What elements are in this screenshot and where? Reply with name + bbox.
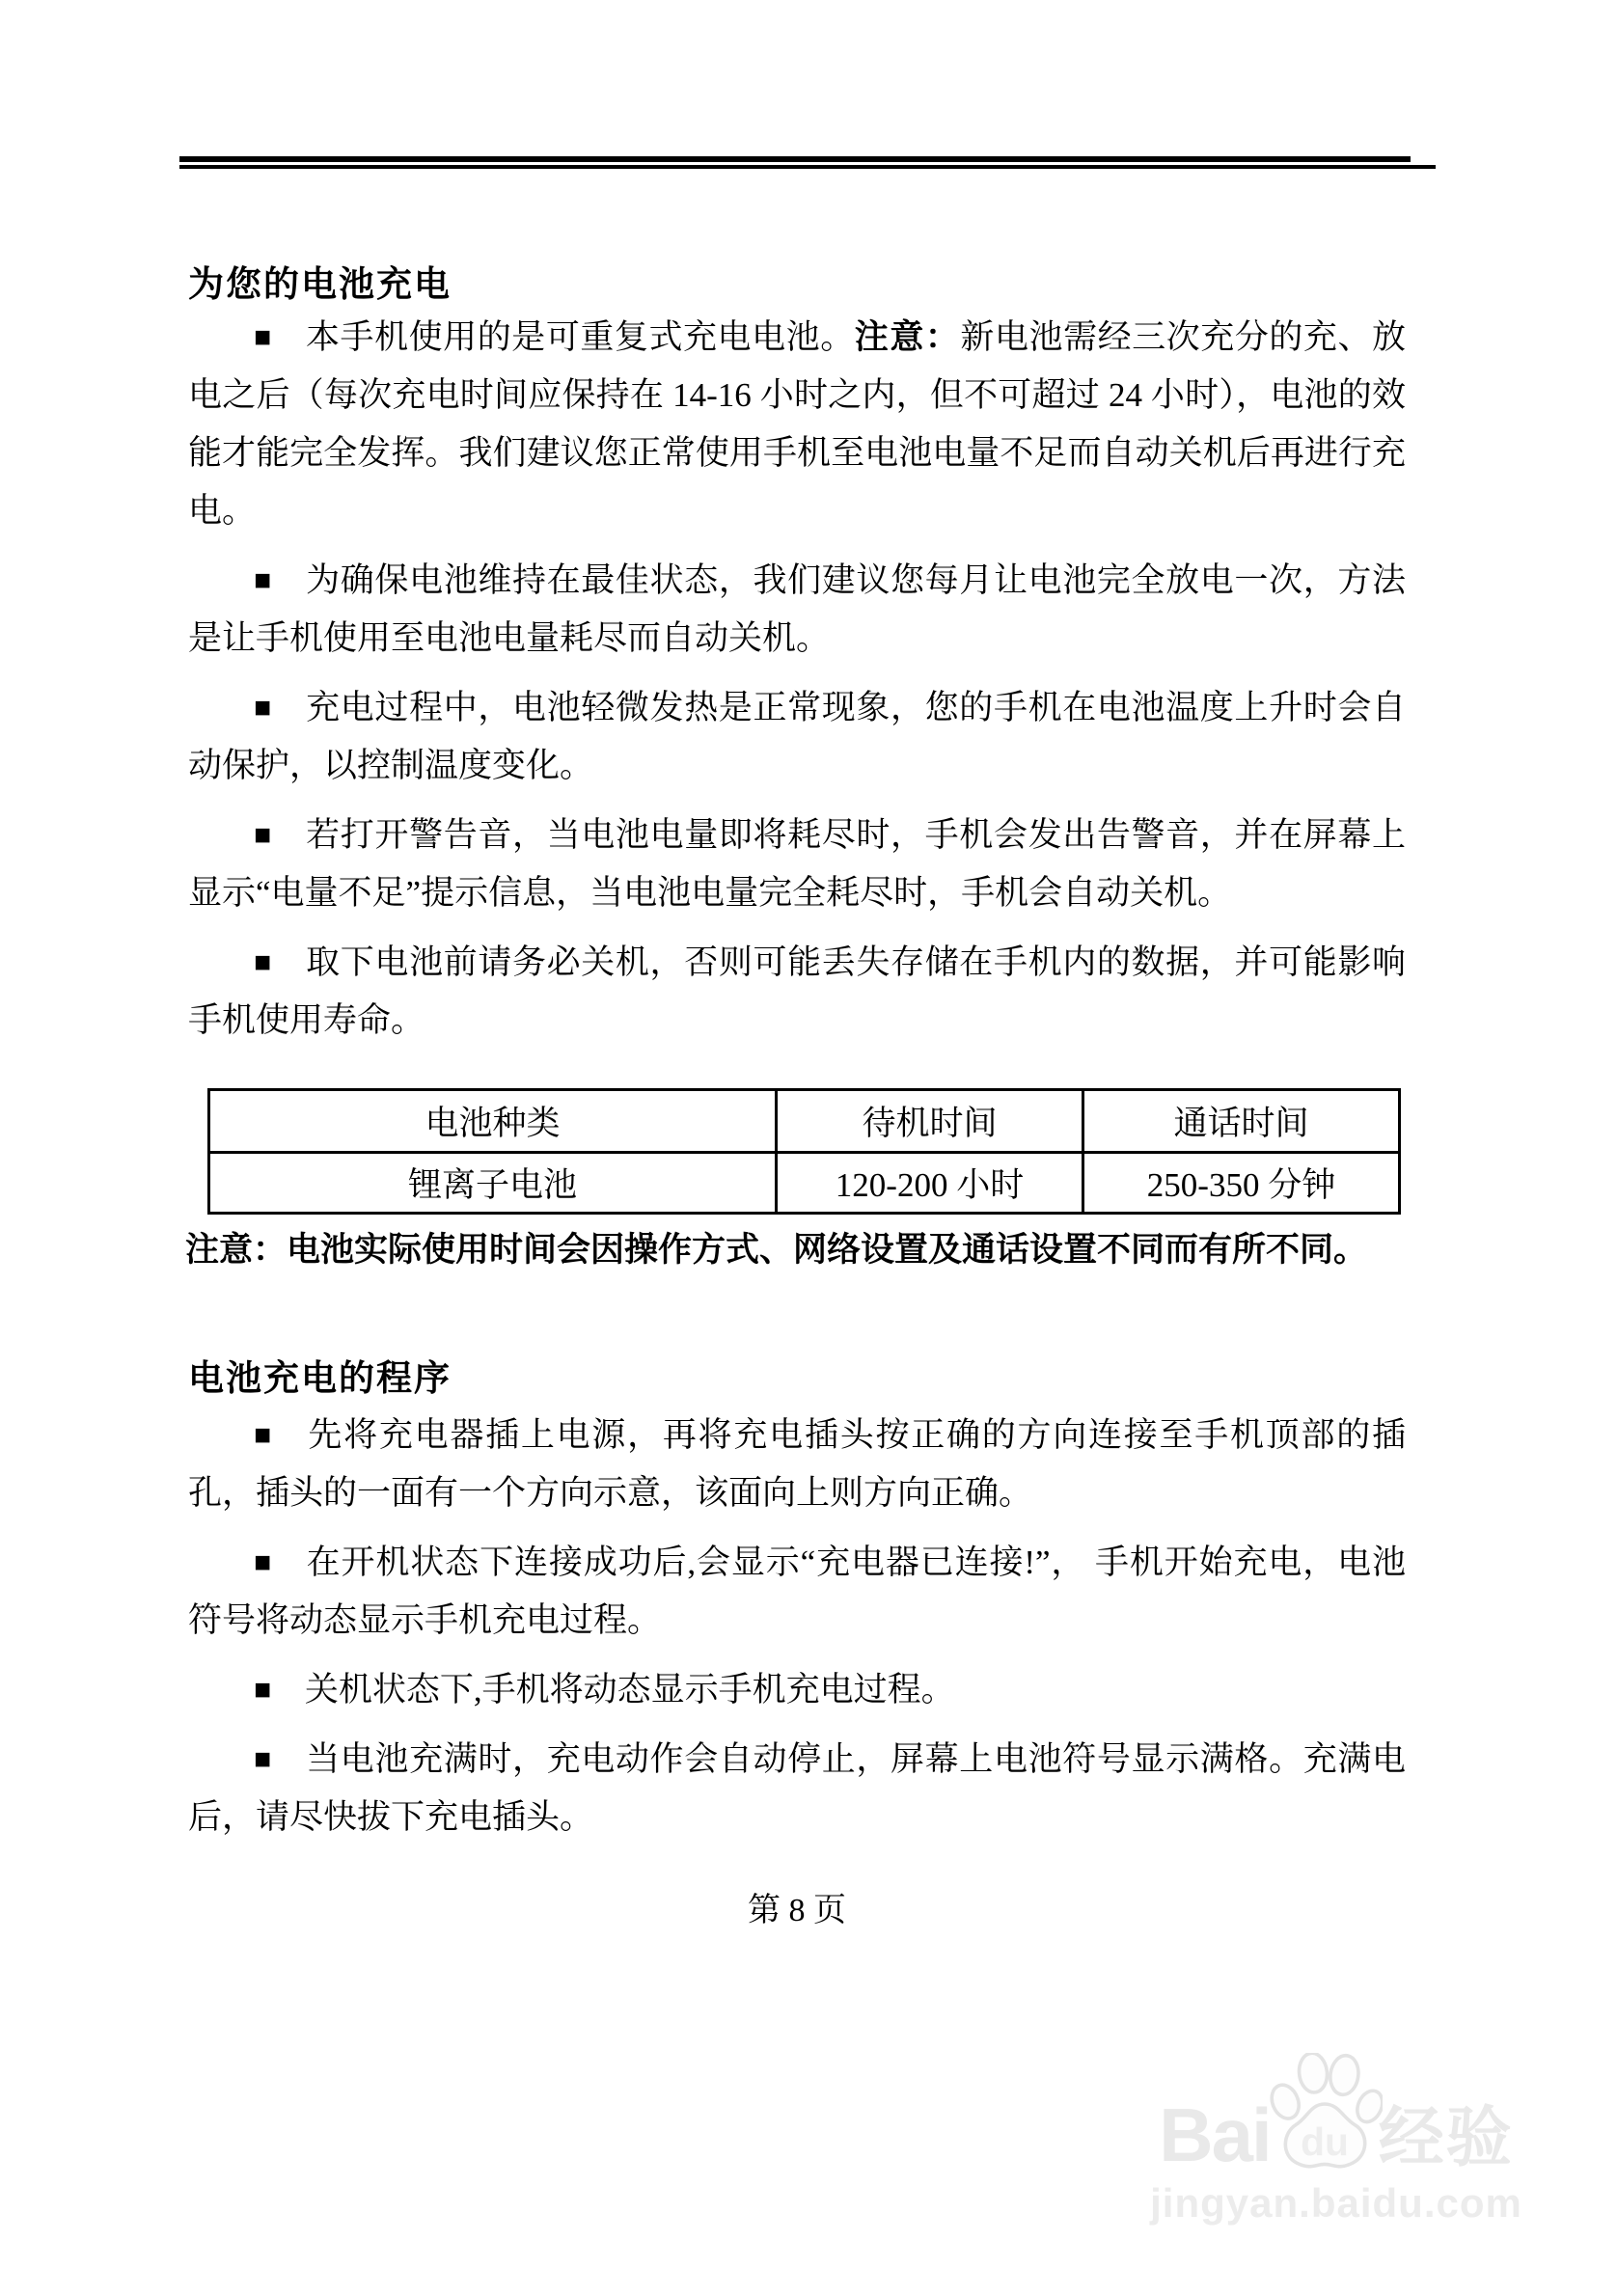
bullet-square-icon: ■ — [254, 1419, 273, 1451]
table-header-cell: 待机时间 — [777, 1090, 1083, 1153]
paragraph-text: 先将充电器插上电源，再将充电插头按正确的方向连接至手机顶部的插孔，插头的一面有一… — [188, 1416, 1406, 1512]
bullet-square-icon: ■ — [254, 946, 272, 978]
table-cell: 250-350 分钟 — [1083, 1153, 1400, 1214]
section1-body: ■ 本手机使用的是可重复式充电电池。注意：新电池需经三次充分的充、放电之后（每次… — [188, 309, 1406, 1061]
bullet-square-icon: ■ — [254, 564, 272, 596]
paragraph-text: 为确保电池维持在最佳状态，我们建议您每月让电池完全放电一次，方法是让手机使用至电… — [188, 561, 1406, 657]
baidu-logo-text: Bai — [1159, 2097, 1270, 2173]
section-title-charging-procedure: 电池充电的程序 — [188, 1349, 452, 1401]
bullet-paragraph: ■ 当电池充满时，充电动作会自动停止，屏幕上电池符号显示满格。充满电后，请尽快拔… — [188, 1731, 1406, 1846]
bullet-paragraph: ■ 取下电池前请务必关机，否则可能丢失存储在手机内的数据，并可能影响手机使用寿命… — [188, 934, 1406, 1050]
bullet-square-icon: ■ — [254, 692, 272, 724]
svg-text:du: du — [1301, 2119, 1349, 2164]
battery-table: 电池种类 待机时间 通话时间 锂离子电池 120-200 小时 250-350 … — [207, 1088, 1401, 1215]
table-cell: 锂离子电池 — [209, 1153, 777, 1214]
bullet-paragraph: ■ 充电过程中，电池轻微发热是正常现象，您的手机在电池温度上升时会自动保护，以控… — [188, 679, 1406, 795]
bullet-paragraph: ■ 关机状态下,手机将动态显示手机充电过程。 — [188, 1661, 1406, 1719]
header-rule-thin — [179, 165, 1436, 169]
baidu-logo: Bai du 经验 — [1138, 2053, 1534, 2173]
bullet-square-icon: ■ — [254, 1546, 272, 1578]
table-header-row: 电池种类 待机时间 通话时间 — [209, 1090, 1400, 1153]
paragraph-text: 关机状态下,手机将动态显示手机充电过程。 — [305, 1671, 955, 1708]
table-row: 锂离子电池 120-200 小时 250-350 分钟 — [209, 1153, 1400, 1214]
bullet-paragraph: ■ 若打开警告音，当电池电量即将耗尽时，手机会发出告警音，并在屏幕上显示“电量不… — [188, 806, 1406, 922]
bullet-paragraph: ■ 先将充电器插上电源，再将充电插头按正确的方向连接至手机顶部的插孔，插头的一面… — [188, 1407, 1406, 1522]
paragraph-text: 本手机使用的是可重复式充电电池。 — [306, 318, 855, 356]
bullet-square-icon: ■ — [254, 321, 272, 353]
watermark: Bai du 经验 jingyan.baidu.com — [1138, 2053, 1534, 2227]
bullet-square-icon: ■ — [254, 1674, 271, 1706]
note-emphasis: 注意： — [855, 318, 961, 356]
section2-body: ■ 先将充电器插上电源，再将充电插头按正确的方向连接至手机顶部的插孔，插头的一面… — [188, 1407, 1406, 1858]
section-title-charge-battery: 为您的电池充电 — [188, 255, 452, 307]
paragraph-text: 在开机状态下连接成功后,会显示“充电器已连接!”， 手机开始充电，电池符号将动态… — [188, 1544, 1406, 1639]
bullet-paragraph: ■ 为确保电池维持在最佳状态，我们建议您每月让电池完全放电一次，方法是让手机使用… — [188, 552, 1406, 668]
header-rule-thick — [179, 156, 1411, 162]
bullet-square-icon: ■ — [254, 819, 272, 851]
manual-page: 为您的电池充电 ■ 本手机使用的是可重复式充电电池。注意：新电池需经三次充分的充… — [0, 0, 1617, 2296]
watermark-url: jingyan.baidu.com — [1138, 2180, 1534, 2227]
baidu-paw-icon: du — [1267, 2053, 1383, 2178]
bullet-square-icon: ■ — [254, 1743, 272, 1775]
paragraph-text: 当电池充满时，充电动作会自动停止，屏幕上电池符号显示满格。充满电后，请尽快拔下充… — [188, 1740, 1406, 1836]
bullet-paragraph: ■ 在开机状态下连接成功后,会显示“充电器已连接!”， 手机开始充电，电池符号将… — [188, 1534, 1406, 1650]
note-text: 注意：电池实际使用时间会因操作方式、网络设置及通话设置不同而有所不同。 — [185, 1225, 1412, 1275]
page-number: 第 8 页 — [188, 1883, 1406, 1930]
paragraph-text: 取下电池前请务必关机，否则可能丢失存储在手机内的数据，并可能影响手机使用寿命。 — [188, 943, 1406, 1039]
table-header-cell: 通话时间 — [1083, 1090, 1400, 1153]
table-header-cell: 电池种类 — [209, 1090, 777, 1153]
table-cell: 120-200 小时 — [777, 1153, 1083, 1214]
bullet-paragraph: ■ 本手机使用的是可重复式充电电池。注意：新电池需经三次充分的充、放电之后（每次… — [188, 309, 1406, 540]
paragraph-text: 若打开警告音，当电池电量即将耗尽时，手机会发出告警音，并在屏幕上显示“电量不足”… — [188, 816, 1406, 912]
paragraph-text: 充电过程中，电池轻微发热是正常现象，您的手机在电池温度上升时会自动保护，以控制温… — [188, 689, 1406, 784]
header-rule — [179, 156, 1436, 169]
baidu-logo-cn-text: 经验 — [1379, 2104, 1514, 2173]
